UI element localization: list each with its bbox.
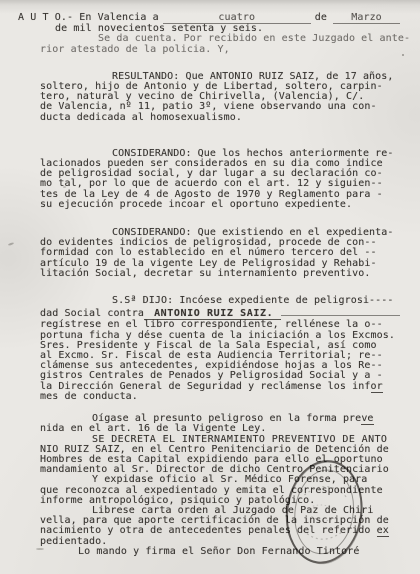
scanned-document-page: A U T O.- En Valencia a cuatro de Marzo … bbox=[0, 0, 420, 574]
decreto-line: nida en el art. 16 de la Vigente Ley. bbox=[40, 424, 400, 434]
decreto-line-text: nacimiento y otra de antecedentes penale… bbox=[40, 525, 377, 536]
decreto-line: Y expidase oficio al Sr. Médico Forense,… bbox=[40, 475, 400, 485]
considerando-line: su ejecución procede incoar el oportuno … bbox=[40, 200, 400, 210]
resultando-line: ducta dedicada al homosexualismo. bbox=[40, 113, 400, 123]
dijo-line: mes de conducta. bbox=[40, 392, 400, 402]
continuation-underline: ve bbox=[361, 413, 373, 425]
continuation-underline: ex bbox=[377, 525, 389, 537]
continuation-underline: or bbox=[371, 381, 383, 393]
considerando-1-paragraph: CONSIDERANDO: Que los hechos anteriormen… bbox=[40, 149, 400, 210]
scan-speck bbox=[63, 186, 66, 188]
decreto-line: nacimiento y otra de antecedentes penale… bbox=[40, 526, 400, 536]
de-connector: de bbox=[315, 13, 327, 23]
month-blank-field: Marzo bbox=[333, 13, 400, 24]
considerando-2-paragraph: CONSIDERANDO: Que existiendo en el exped… bbox=[40, 228, 400, 279]
decreto-paragraph: Oígase al presunto peligroso en la forma… bbox=[40, 414, 400, 557]
dijo-paragraph: S.Sª DIJO: Incóese expediente de peligro… bbox=[40, 296, 400, 402]
scan-speck bbox=[36, 548, 44, 550]
auto-decree-document: A U T O.- En Valencia a cuatro de Marzo … bbox=[0, 0, 420, 557]
firma-line: Lo mando y firma el Señor Don Fernando T… bbox=[40, 547, 400, 557]
scan-speck bbox=[402, 54, 404, 56]
dijo-heading-line: S.Sª DIJO: Incóese expediente de peligro… bbox=[40, 296, 400, 306]
atestado-line: rior atestado de la policia. Y, bbox=[40, 45, 400, 55]
name-underline-tail bbox=[281, 306, 400, 316]
day-blank-field: cuatro bbox=[163, 13, 311, 24]
contra-label: dad Social contra bbox=[40, 309, 144, 319]
resultando-paragraph: RESULTANDO: Que ANTONIO RUIZ SAIZ, de 17… bbox=[40, 72, 400, 123]
auto-heading-text: A U T O.- En Valencia a bbox=[18, 13, 159, 23]
considerando-line: litación Social, decretar su internamien… bbox=[40, 269, 400, 279]
